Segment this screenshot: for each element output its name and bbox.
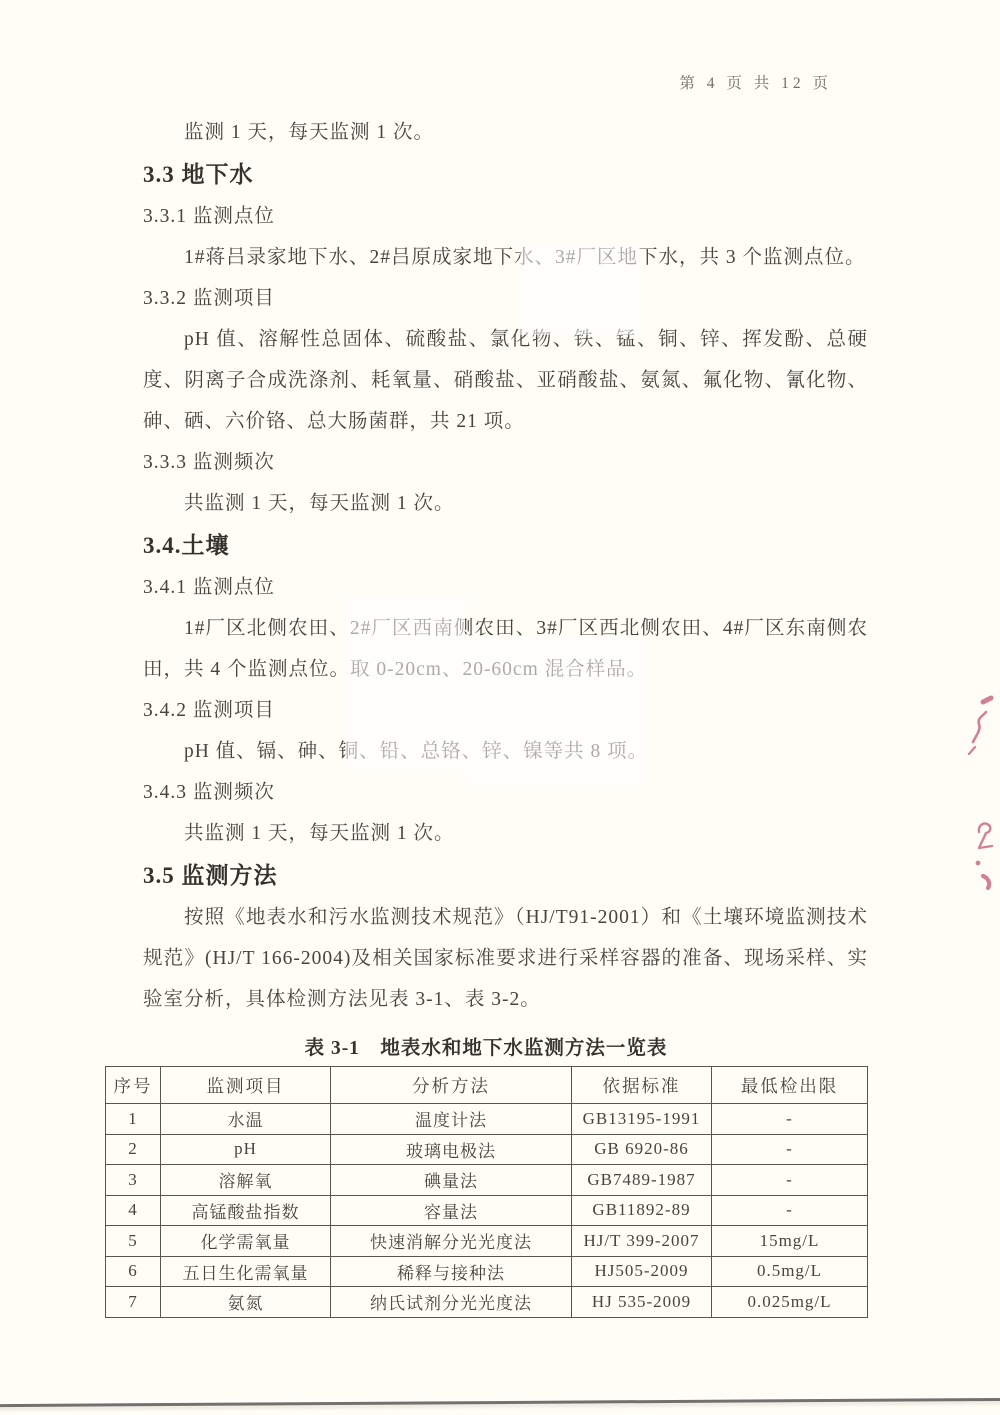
cell-item: 氨氮 bbox=[161, 1287, 331, 1318]
col-header-standard: 依据标准 bbox=[572, 1067, 712, 1104]
subheading-3-4-3-monitoring-frequency: 3.4.3 监测频次 bbox=[143, 772, 868, 813]
cell-method: 温度计法 bbox=[331, 1104, 572, 1135]
cell-method: 稀释与接种法 bbox=[331, 1256, 572, 1287]
cell-standard: GB13195-1991 bbox=[572, 1104, 712, 1135]
cell-limit: - bbox=[712, 1104, 868, 1135]
cell-method: 碘量法 bbox=[331, 1165, 572, 1196]
cell-method: 快速消解分光光度法 bbox=[331, 1226, 572, 1257]
page-bottom-edge bbox=[0, 1398, 1000, 1407]
cell-standard: HJ/T 399-2007 bbox=[572, 1226, 712, 1257]
red-handwriting-mark-upper bbox=[969, 698, 991, 754]
cell-index: 1 bbox=[106, 1104, 161, 1135]
cell-index: 6 bbox=[106, 1256, 161, 1287]
subheading-3-3-2-monitoring-items: 3.3.2 监测项目 bbox=[143, 278, 868, 319]
subheading-3-4-1-monitoring-points: 3.4.1 监测点位 bbox=[143, 567, 868, 608]
table-row: 4 高锰酸盐指数 容量法 GB11892-89 - bbox=[106, 1195, 868, 1226]
cell-limit: - bbox=[712, 1134, 868, 1165]
table-row: 3 溶解氧 碘量法 GB7489-1987 - bbox=[106, 1165, 868, 1196]
col-header-index: 序号 bbox=[106, 1067, 161, 1104]
col-header-item: 监测项目 bbox=[161, 1067, 331, 1104]
document-body: 监测 1 天，每天监测 1 次。 3.3 地下水 3.3.1 监测点位 1#蒋吕… bbox=[143, 112, 868, 1318]
red-handwriting-marks bbox=[955, 680, 1000, 910]
cell-index: 5 bbox=[106, 1226, 161, 1257]
paragraph-3-4-3-frequency: 共监测 1 天，每天监测 1 次。 bbox=[143, 813, 868, 854]
subheading-3-3-1-monitoring-points: 3.3.1 监测点位 bbox=[143, 196, 868, 237]
paragraph-3-3-3-frequency: 共监测 1 天，每天监测 1 次。 bbox=[143, 483, 868, 524]
cell-item: 五日生化需氧量 bbox=[161, 1256, 331, 1287]
paragraph-monitoring-frequency-intro: 监测 1 天，每天监测 1 次。 bbox=[143, 112, 868, 153]
cell-item: 高锰酸盐指数 bbox=[161, 1195, 331, 1226]
cell-index: 4 bbox=[106, 1195, 161, 1226]
cell-index: 7 bbox=[106, 1287, 161, 1318]
cell-item: 水温 bbox=[161, 1104, 331, 1135]
cell-method: 纳氏试剂分光光度法 bbox=[331, 1287, 572, 1318]
subheading-3-3-3-monitoring-frequency: 3.3.3 监测频次 bbox=[143, 442, 868, 483]
monitoring-methods-table: 序号 监测项目 分析方法 依据标准 最低检出限 1 水温 温度计法 GB1319… bbox=[105, 1066, 868, 1318]
paragraph-3-4-1-points: 1#厂区北侧农田、2#厂区西南侧农田、3#厂区西北侧农田、4#厂区东南侧农田，共… bbox=[143, 608, 868, 690]
table-row: 5 化学需氧量 快速消解分光光度法 HJ/T 399-2007 15mg/L bbox=[106, 1226, 868, 1257]
page-number: 第 4 页 共 12 页 bbox=[0, 0, 832, 94]
paragraph-3-3-1-points: 1#蒋吕录家地下水、2#吕原成家地下水、3#厂区地下水，共 3 个监测点位。 bbox=[143, 237, 868, 278]
cell-item: 溶解氧 bbox=[161, 1165, 331, 1196]
table-row: 1 水温 温度计法 GB13195-1991 - bbox=[106, 1104, 868, 1135]
paragraph-3-4-2-items: pH 值、镉、砷、铜、铅、总铬、锌、镍等共 8 项。 bbox=[143, 731, 868, 772]
heading-3-4-soil: 3.4.土壤 bbox=[143, 524, 868, 567]
cell-standard: HJ 535-2009 bbox=[572, 1287, 712, 1318]
cell-standard: HJ505-2009 bbox=[572, 1256, 712, 1287]
table-row: 2 pH 玻璃电极法 GB 6920-86 - bbox=[106, 1134, 868, 1165]
paragraph-3-3-2-items: pH 值、溶解性总固体、硫酸盐、氯化物、铁、锰、铜、锌、挥发酚、总硬度、阴离子合… bbox=[143, 319, 868, 442]
cell-method: 玻璃电极法 bbox=[331, 1134, 572, 1165]
paragraph-3-5-methods: 按照《地表水和污水监测技术规范》（HJ/T91-2001）和《土壤环境监测技术规… bbox=[143, 897, 868, 1020]
cell-standard: GB 6920-86 bbox=[572, 1134, 712, 1165]
subheading-3-4-2-monitoring-items: 3.4.2 监测项目 bbox=[143, 690, 868, 731]
table-row: 7 氨氮 纳氏试剂分光光度法 HJ 535-2009 0.025mg/L bbox=[106, 1287, 868, 1318]
red-handwriting-mark-lower bbox=[976, 823, 992, 888]
cell-index: 3 bbox=[106, 1165, 161, 1196]
cell-item: pH bbox=[161, 1134, 331, 1165]
table-title: 表 3-1 地表水和地下水监测方法一览表 bbox=[105, 1034, 867, 1064]
document-page: 第 4 页 共 12 页 监测 1 天，每天监测 1 次。 3.3 地下水 3.… bbox=[0, 0, 1000, 1415]
table-header-row: 序号 监测项目 分析方法 依据标准 最低检出限 bbox=[106, 1067, 868, 1104]
cell-item: 化学需氧量 bbox=[161, 1226, 331, 1257]
heading-3-3-groundwater: 3.3 地下水 bbox=[143, 153, 868, 196]
table-row: 6 五日生化需氧量 稀释与接种法 HJ505-2009 0.5mg/L bbox=[106, 1256, 868, 1287]
cell-index: 2 bbox=[106, 1134, 161, 1165]
cell-limit: 15mg/L bbox=[712, 1226, 868, 1257]
heading-3-5-monitoring-methods: 3.5 监测方法 bbox=[143, 854, 868, 897]
cell-limit: 0.025mg/L bbox=[712, 1287, 868, 1318]
cell-standard: GB11892-89 bbox=[572, 1195, 712, 1226]
cell-limit: 0.5mg/L bbox=[712, 1256, 868, 1287]
cell-limit: - bbox=[712, 1195, 868, 1226]
col-header-method: 分析方法 bbox=[331, 1067, 572, 1104]
col-header-detection-limit: 最低检出限 bbox=[712, 1067, 868, 1104]
cell-limit: - bbox=[712, 1165, 868, 1196]
cell-method: 容量法 bbox=[331, 1195, 572, 1226]
cell-standard: GB7489-1987 bbox=[572, 1165, 712, 1196]
